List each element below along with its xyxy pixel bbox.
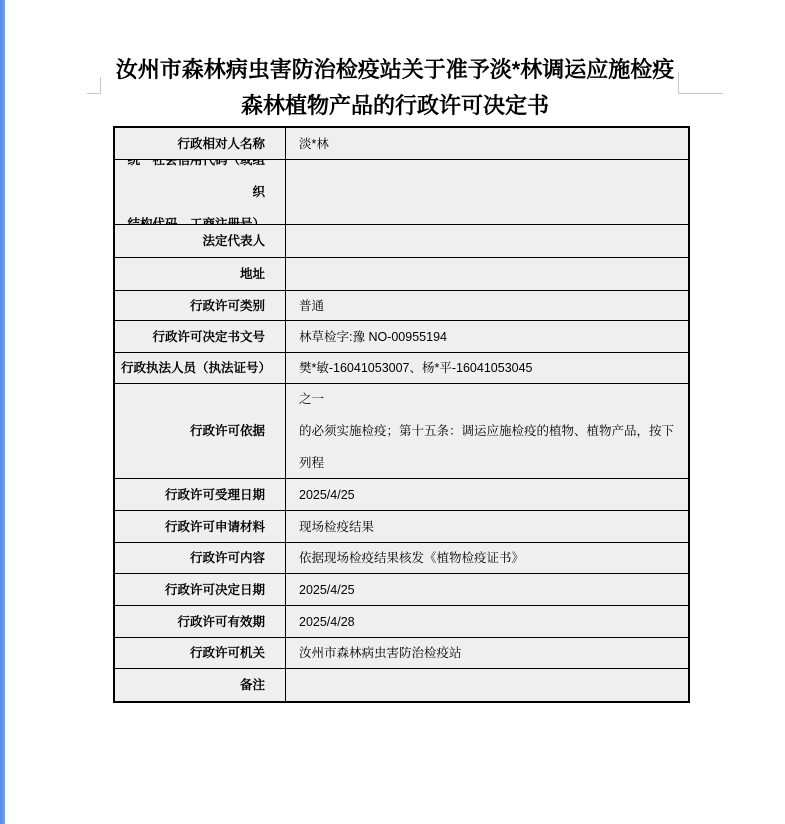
- document-title: 汝州市森林病虫害防治检疫站关于准予淡*林调运应施检疫 森林植物产品的行政许可决定…: [100, 52, 690, 124]
- row-value: 淡*林: [286, 128, 688, 159]
- row-label: 备注: [115, 669, 286, 701]
- row-label: 行政许可机关: [115, 638, 286, 668]
- document-title-line-1: 汝州市森林病虫害防治检疫站关于准予淡*林调运应施检疫: [100, 52, 690, 88]
- row-label: 行政许可类别: [115, 291, 286, 320]
- row-label: 法定代表人: [115, 225, 286, 257]
- table-row: 备注: [115, 668, 688, 701]
- table-row: 行政许可依据 《河南省植物检疫条例》第八条调运检疫和植物产品，属于下列情况之一 …: [115, 383, 688, 478]
- row-label: 行政执法人员（执法证号）: [115, 353, 286, 383]
- table-row: 行政许可申请材料 现场检疫结果: [115, 510, 688, 542]
- row-value: 樊*敏-16041053007、杨*平-16041053045: [286, 353, 688, 383]
- row-value: 依据现场检疫结果核发《植物检疫证书》: [286, 543, 688, 573]
- row-value: 现场检疫结果: [286, 511, 688, 542]
- table-row: 统一社会信用代码（或组织 结构代码、工商注册号）: [115, 159, 688, 224]
- row-label: 地址: [115, 258, 286, 290]
- row-label: 行政许可有效期: [115, 606, 286, 637]
- table-row: 地址: [115, 257, 688, 290]
- row-value: 2025/4/28: [286, 606, 688, 637]
- row-value: [286, 225, 688, 257]
- table-row: 行政许可决定书文号 林草检字:豫 NO-00955194: [115, 320, 688, 352]
- table-row: 行政执法人员（执法证号） 樊*敏-16041053007、杨*平-1604105…: [115, 352, 688, 383]
- table-row: 行政许可决定日期 2025/4/25: [115, 573, 688, 605]
- row-value: 2025/4/25: [286, 479, 688, 510]
- table-row: 行政许可受理日期 2025/4/25: [115, 478, 688, 510]
- row-value: [286, 258, 688, 290]
- row-value: 《河南省植物检疫条例》第八条调运检疫和植物产品，属于下列情况之一 的必须实施检疫…: [286, 384, 688, 478]
- row-value: [286, 160, 688, 224]
- table-row: 行政许可内容 依据现场检疫结果核发《植物检疫证书》: [115, 542, 688, 573]
- table-row: 行政许可机关 汝州市森林病虫害防治检疫站: [115, 637, 688, 668]
- row-value: 普通: [286, 291, 688, 320]
- row-label: 行政许可依据: [115, 384, 286, 478]
- row-label: 行政相对人名称: [115, 128, 286, 159]
- document-title-line-2: 森林植物产品的行政许可决定书: [100, 88, 690, 124]
- row-label: 行政许可决定日期: [115, 574, 286, 605]
- table-row: 行政许可有效期 2025/4/28: [115, 605, 688, 637]
- row-value: [286, 669, 688, 701]
- document-page: 汝州市森林病虫害防治检疫站关于准予淡*林调运应施检疫 森林植物产品的行政许可决定…: [0, 0, 785, 824]
- table-row: 法定代表人: [115, 224, 688, 257]
- row-value: 汝州市森林病虫害防治检疫站: [286, 638, 688, 668]
- row-value: 林草检字:豫 NO-00955194: [286, 321, 688, 352]
- row-label: 行政许可内容: [115, 543, 286, 573]
- row-label: 行政许可受理日期: [115, 479, 286, 510]
- row-label: 行政许可申请材料: [115, 511, 286, 542]
- row-label: 统一社会信用代码（或组织 结构代码、工商注册号）: [115, 160, 286, 224]
- window-edge-scrollbar[interactable]: [0, 0, 5, 824]
- margin-crop-mark-left: [87, 77, 101, 94]
- row-value: 2025/4/25: [286, 574, 688, 605]
- table-row: 行政许可类别 普通: [115, 290, 688, 320]
- row-label: 行政许可决定书文号: [115, 321, 286, 352]
- table-row: 行政相对人名称 淡*林: [115, 128, 688, 159]
- license-decision-table: 行政相对人名称 淡*林 统一社会信用代码（或组织 结构代码、工商注册号） 法定代…: [113, 126, 690, 703]
